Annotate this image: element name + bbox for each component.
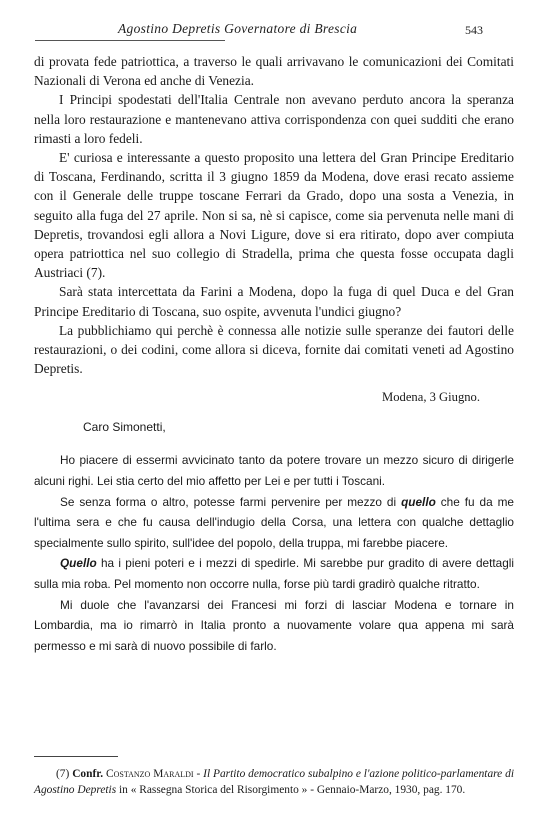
letter-paragraph: Quello ha i pieni poteri e i mezzi di sp… <box>34 553 514 594</box>
letter-dateline: Modena, 3 Giugno. <box>34 390 480 405</box>
letter-salutation: Caro Simonetti, <box>83 420 514 434</box>
letter-paragraph: Mi duole che l'avanzarsi dei Francesi mi… <box>34 595 514 657</box>
footnote-conf: Confr. <box>72 768 103 780</box>
letter-paragraph: Se senza forma o altro, potesse farmi pe… <box>34 492 514 554</box>
footnote-rest: in « Rassegna Storica del Risorgimento »… <box>116 784 465 796</box>
emphasis: Quello <box>60 556 97 570</box>
text: Se senza forma o altro, potesse farmi pe… <box>60 495 401 509</box>
emphasis: quello <box>401 495 436 509</box>
letter-body: Ho piacere di essermi avvicinato tanto d… <box>34 450 514 656</box>
page-number: 543 <box>465 23 483 38</box>
paragraph-pubblichiamo: La pubblichiamo qui perchè è connessa al… <box>34 321 514 379</box>
header-rule <box>35 40 225 41</box>
paragraph-continuation: di provata fede patriottica, a traverso … <box>34 52 514 90</box>
page-header: Agostino Depretis Governatore di Brescia… <box>0 18 550 38</box>
paragraph-principi: I Principi spodestati dell'Italia Centra… <box>34 90 514 148</box>
footnote-sep: - <box>194 768 204 780</box>
text: ha i pieni poteri e i mezzi di spedirle.… <box>34 556 514 591</box>
footnote-marker: (7) <box>56 768 69 780</box>
letter-paragraph: Ho piacere di essermi avvicinato tanto d… <box>34 450 514 491</box>
running-title: Agostino Depretis Governatore di Brescia <box>118 21 357 37</box>
paragraph-farini: Sarà stata intercettata da Farini a Mode… <box>34 282 514 320</box>
footnote: (7) Confr. Costanzo Maraldi - Il Partito… <box>34 766 514 798</box>
footnote-rule <box>34 756 118 757</box>
paragraph-lettera: E' curiosa e interessante a questo propo… <box>34 148 514 282</box>
footnote-author: Costanzo Maraldi <box>106 768 194 780</box>
main-text: di provata fede patriottica, a traverso … <box>34 52 514 656</box>
